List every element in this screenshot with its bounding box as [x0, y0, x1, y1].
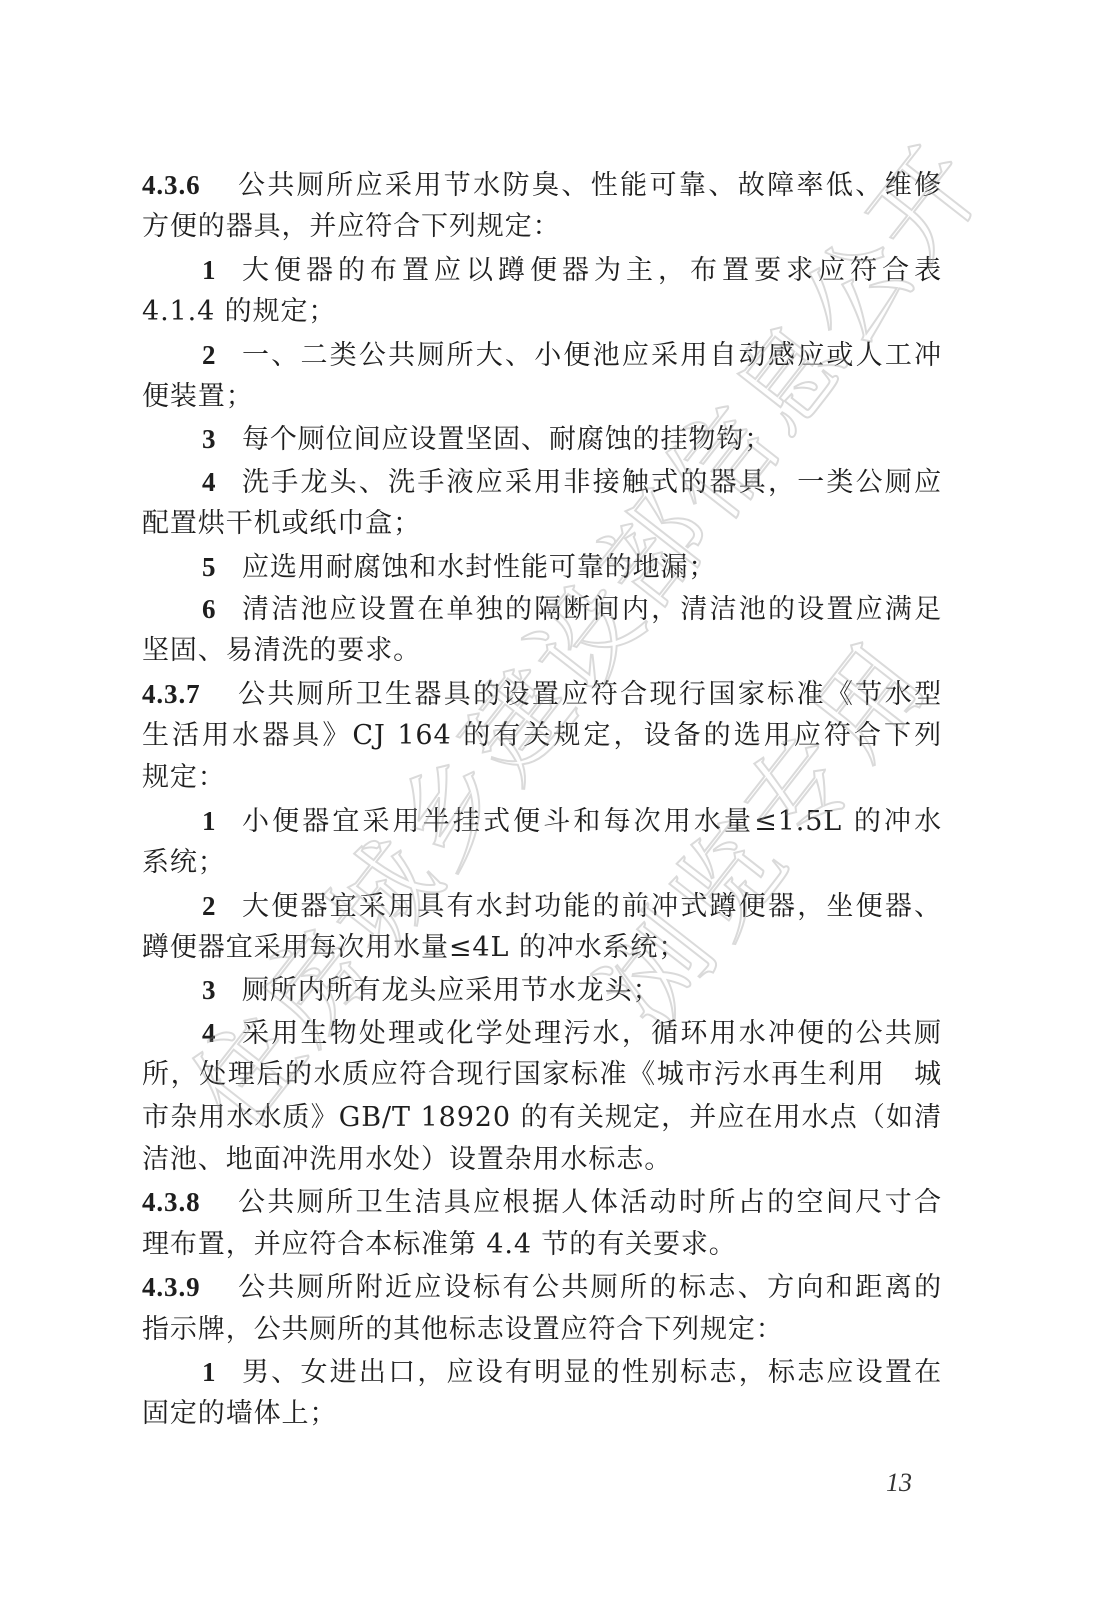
item-number: 4 [202, 1012, 242, 1054]
line-text: 所，处理后的水质应符合现行国家标准《城市污水再生利用 城 [142, 1054, 942, 1096]
list-item-line: 4洗手龙头、洗手液应采用非接触式的器具，一类公厕应 [142, 461, 942, 503]
line-text: 指示牌，公共厕所的其他标志设置应符合下列规定： [142, 1314, 784, 1345]
clause-line: 4.3.7公共厕所卫生器具的设置应符合现行国家标准《节水型 [142, 673, 942, 715]
line-text: 男、女进出口，应设有明显的性别标志，标志应设置在 [242, 1352, 942, 1394]
line-text: 市杂用水水质》GB/T 18920 的有关规定，并应在用水点（如清 [142, 1097, 942, 1139]
line-text: 方便的器具，并应符合下列规定： [142, 211, 561, 242]
continuation-line: 所，处理后的水质应符合现行国家标准《城市污水再生利用 城 [142, 1054, 942, 1096]
line-text: 公共厕所卫生洁具应根据人体活动时所占的空间尺寸合 [238, 1182, 942, 1224]
continuation-line: 便装置； [142, 376, 942, 418]
clause-line: 4.3.8公共厕所卫生洁具应根据人体活动时所占的空间尺寸合 [142, 1181, 942, 1223]
list-item-line: 6清洁池应设置在单独的隔断间内，清洁池的设置应满足 [142, 588, 942, 630]
list-item-line: 5应选用耐腐蚀和水封性能可靠的地漏； [142, 546, 942, 588]
line-text: 洗手龙头、洗手液应采用非接触式的器具，一类公厕应 [242, 462, 942, 504]
list-item-line: 1男、女进出口，应设有明显的性别标志，标志应设置在 [142, 1351, 942, 1393]
clause-line: 4.3.9公共厕所附近应设标有公共厕所的标志、方向和距离的 [142, 1266, 942, 1308]
line-text: 厕所内所有龙头应采用节水龙头； [242, 975, 661, 1006]
line-text: 公共厕所附近应设标有公共厕所的标志、方向和距离的 [238, 1267, 942, 1309]
line-text: 大便器宜采用具有水封功能的前冲式蹲便器，坐便器、 [242, 886, 942, 928]
line-text: 配置烘干机或纸巾盒； [142, 508, 421, 539]
line-text: 系统； [142, 847, 226, 878]
clause-line: 4.3.6公共厕所应采用节水防臭、性能可靠、故障率低、维修 [142, 164, 942, 206]
item-number: 4 [202, 461, 242, 503]
item-number: 1 [202, 800, 242, 842]
continuation-line: 理布置，并应符合本标准第 4.4 节的有关要求。 [142, 1224, 942, 1266]
document-page: 4.3.6公共厕所应采用节水防臭、性能可靠、故障率低、维修方便的器具，并应符合下… [0, 0, 1103, 1598]
continuation-line: 方便的器具，并应符合下列规定： [142, 206, 942, 248]
line-text: 公共厕所应采用节水防臭、性能可靠、故障率低、维修 [238, 165, 942, 207]
line-text: 采用生物处理或化学处理污水，循环用水冲便的公共厕 [242, 1013, 942, 1055]
line-text: 每个厕位间应设置坚固、耐腐蚀的挂物钩； [242, 424, 772, 455]
item-number: 5 [202, 546, 242, 588]
list-item-line: 2一、二类公共厕所大、小便池应采用自动感应或人工冲 [142, 334, 942, 376]
item-number: 6 [202, 588, 242, 630]
item-number: 2 [202, 334, 242, 376]
line-text: 规定： [142, 762, 226, 793]
line-text: 一、二类公共厕所大、小便池应采用自动感应或人工冲 [242, 335, 942, 377]
list-item-line: 1小便器宜采用半挂式便斗和每次用水量≤1.5L 的冲水 [142, 800, 942, 842]
item-number: 3 [202, 418, 242, 460]
clause-number: 4.3.6 [142, 164, 238, 206]
continuation-line: 固定的墙体上； [142, 1393, 942, 1435]
line-text: 应选用耐腐蚀和水封性能可靠的地漏； [242, 552, 716, 583]
continuation-line: 配置烘干机或纸巾盒； [142, 503, 942, 545]
clause-number: 4.3.8 [142, 1181, 238, 1223]
line-text: 蹲便器宜采用每次用水量≤4L 的冲水系统； [142, 932, 686, 963]
line-text: 小便器宜采用半挂式便斗和每次用水量≤1.5L 的冲水 [242, 801, 942, 843]
list-item-line: 3每个厕位间应设置坚固、耐腐蚀的挂物钩； [142, 418, 942, 460]
continuation-line: 系统； [142, 842, 942, 884]
line-text: 清洁池应设置在单独的隔断间内，清洁池的设置应满足 [242, 589, 942, 631]
line-text: 便装置； [142, 381, 254, 412]
continuation-line: 坚固、易清洗的要求。 [142, 630, 942, 672]
list-item-line: 4采用生物处理或化学处理污水，循环用水冲便的公共厕 [142, 1012, 942, 1054]
line-text: 固定的墙体上； [142, 1398, 337, 1429]
clause-number: 4.3.9 [142, 1266, 238, 1308]
line-text: 4.1.4 的规定； [142, 296, 336, 327]
continuation-line: 规定： [142, 757, 942, 799]
list-item-line: 1大便器的布置应以蹲便器为主，布置要求应符合表 [142, 249, 942, 291]
line-text: 生活用水器具》CJ 164 的有关规定，设备的选用应符合下列 [142, 715, 942, 757]
line-text: 公共厕所卫生器具的设置应符合现行国家标准《节水型 [238, 674, 942, 716]
continuation-line: 蹲便器宜采用每次用水量≤4L 的冲水系统； [142, 927, 942, 969]
continuation-line: 洁池、地面冲洗用水处）设置杂用水标志。 [142, 1139, 942, 1181]
continuation-line: 指示牌，公共厕所的其他标志设置应符合下列规定： [142, 1309, 942, 1351]
line-text: 理布置，并应符合本标准第 4.4 节的有关要求。 [142, 1229, 737, 1260]
item-number: 3 [202, 969, 242, 1011]
line-text: 大便器的布置应以蹲便器为主，布置要求应符合表 [242, 250, 942, 292]
continuation-line: 4.1.4 的规定； [142, 291, 942, 333]
clause-number: 4.3.7 [142, 673, 238, 715]
list-item-line: 2大便器宜采用具有水封功能的前冲式蹲便器，坐便器、 [142, 885, 942, 927]
page-number: 13 [886, 1468, 912, 1498]
document-body: 4.3.6公共厕所应采用节水防臭、性能可靠、故障率低、维修方便的器具，并应符合下… [142, 164, 942, 1436]
line-text: 坚固、易清洗的要求。 [142, 635, 421, 666]
item-number: 1 [202, 249, 242, 291]
line-text: 洁池、地面冲洗用水处）设置杂用水标志。 [142, 1144, 672, 1175]
continuation-line: 生活用水器具》CJ 164 的有关规定，设备的选用应符合下列 [142, 715, 942, 757]
item-number: 1 [202, 1351, 242, 1393]
continuation-line: 市杂用水水质》GB/T 18920 的有关规定，并应在用水点（如清 [142, 1097, 942, 1139]
item-number: 2 [202, 885, 242, 927]
list-item-line: 3厕所内所有龙头应采用节水龙头； [142, 969, 942, 1011]
